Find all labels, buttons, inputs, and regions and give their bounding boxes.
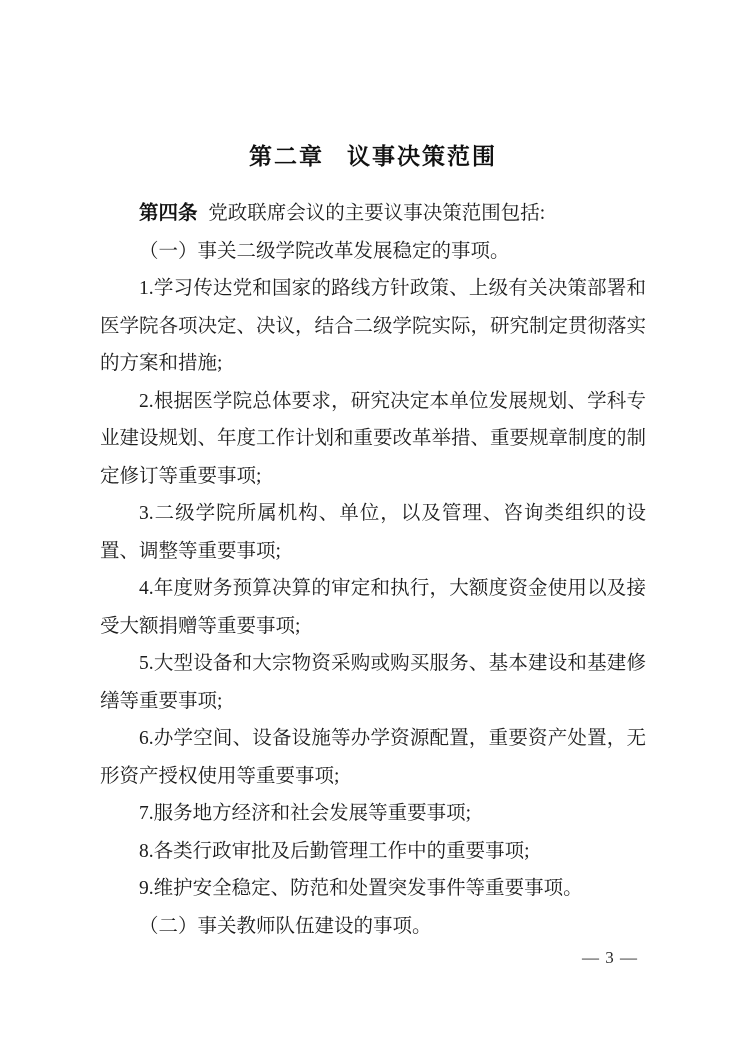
paragraph: 1.学习传达党和国家的路线方针政策、上级有关决策部署和医学院各项决定、决议，结合… <box>100 270 646 383</box>
document-content: 第二章议事决策范围 第四条党政联席会议的主要议事决策范围包括:（一）事关二级学院… <box>100 138 646 945</box>
chapter-title: 第二章议事决策范围 <box>100 138 646 171</box>
paragraph: （一）事关二级学院改革发展稳定的事项。 <box>100 233 646 271</box>
paragraph: 9.维护安全稳定、防范和处置突发事件等重要事项。 <box>100 870 646 908</box>
paragraph: 第四条党政联席会议的主要议事决策范围包括: <box>100 195 646 233</box>
paragraph: （二）事关教师队伍建设的事项。 <box>100 908 646 946</box>
paragraph: 5.大型设备和大宗物资采购或购买服务、基本建设和基建修缮等重要事项; <box>100 645 646 720</box>
paragraph-list: 第四条党政联席会议的主要议事决策范围包括:（一）事关二级学院改革发展稳定的事项。… <box>100 195 646 945</box>
paragraph: 8.各类行政审批及后勤管理工作中的重要事项; <box>100 833 646 871</box>
page-number-text: — 3 — <box>582 948 638 967</box>
document-page: 第二章议事决策范围 第四条党政联席会议的主要议事决策范围包括:（一）事关二级学院… <box>0 0 748 1060</box>
paragraph: 6.办学空间、设备设施等办学资源配置，重要资产处置，无形资产授权使用等重要事项; <box>100 720 646 795</box>
paragraph: 7.服务地方经济和社会发展等重要事项; <box>100 795 646 833</box>
paragraph: 3.二级学院所属机构、单位，以及管理、咨询类组织的设置、调整等重要事项; <box>100 495 646 570</box>
paragraph: 4.年度财务预算决算的审定和执行，大额度资金使用以及接受大额捐赠等重要事项; <box>100 570 646 645</box>
chapter-name: 议事决策范围 <box>347 143 497 169</box>
page-number: — 3 — <box>582 948 638 968</box>
chapter-number: 第二章 <box>249 143 324 169</box>
paragraph: 2.根据医学院总体要求，研究决定本单位发展规划、学科专业建设规划、年度工作计划和… <box>100 383 646 496</box>
article-number: 第四条 <box>139 202 198 224</box>
